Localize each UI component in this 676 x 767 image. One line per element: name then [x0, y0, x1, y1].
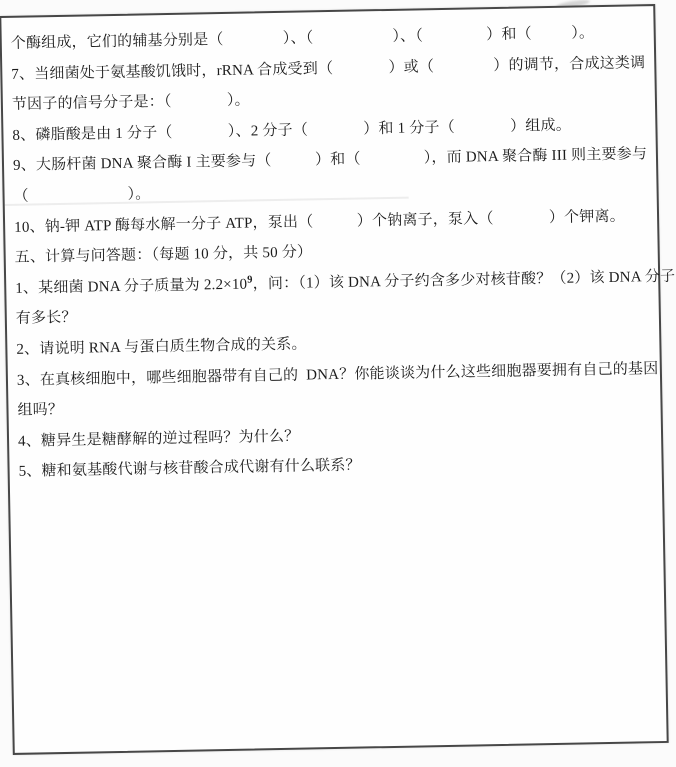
scanned-exam-page: 个酶组成，它们的辅基分别是（ ）、（ ）、（ ）和（ ）。 7、当细菌处于氨基酸…: [0, 0, 676, 767]
question-text-before-exponent: 1、某细菌 DNA 分子质量为 2.2×10: [15, 276, 247, 296]
question-text-after-exponent: ，问：（1）该 DNA 分子约含多少对核苷酸？（2）该 DNA 分子: [253, 268, 676, 292]
exam-paper-border: 个酶组成，它们的辅基分别是（ ）、（ ）、（ ）和（ ）。 7、当细菌处于氨基酸…: [0, 4, 669, 755]
exam-text-block: 个酶组成，它们的辅基分别是（ ）、（ ）、（ ）和（ ）。 7、当细菌处于氨基酸…: [11, 17, 660, 488]
